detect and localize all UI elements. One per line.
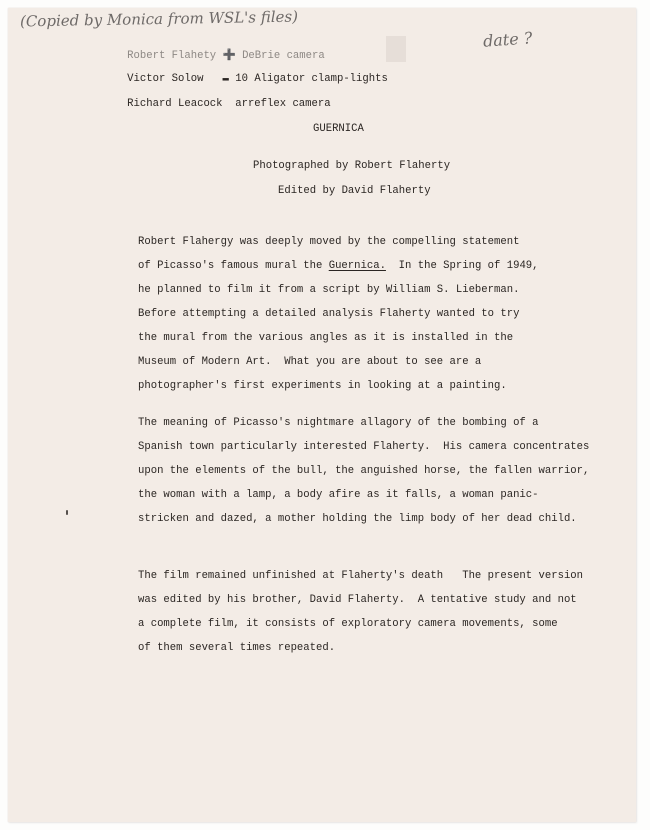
paragraph-line: he planned to film it from a script by W…: [138, 278, 539, 302]
byline-photographed: Photographed by Robert Flaherty: [253, 160, 450, 172]
paragraph-line: Robert Flahergy was deeply moved by the …: [138, 230, 539, 254]
credit-role: ▬ 10 Aligator clamp-lights: [223, 73, 388, 85]
paragraph-line: The meaning of Picasso's nightmare allag…: [138, 411, 589, 435]
paragraph-line: the woman with a lamp, a body afire as i…: [138, 483, 589, 507]
paragraph-meaning: The meaning of Picasso's nightmare allag…: [138, 411, 589, 531]
line-text: the mural from the various angles as it …: [138, 332, 513, 344]
line-text: The meaning of Picasso's nightmare allag…: [138, 417, 539, 429]
paragraph-line: Spanish town particularly interested Fla…: [138, 435, 589, 459]
paragraph-intro: Robert Flahergy was deeply moved by the …: [138, 230, 539, 398]
line-text: The film remained unfinished at Flaherty…: [138, 570, 583, 582]
line-text: In the Spring of 1949,: [386, 260, 539, 272]
credit-line: Richard Leacock arreflex camera: [89, 86, 331, 122]
credit-name: Victor Solow: [127, 73, 203, 85]
line-text: was edited by his brother, David Flahert…: [138, 594, 577, 606]
line-text: a complete film, it consists of explorat…: [138, 618, 558, 630]
paragraph-line: Before attempting a detailed analysis Fl…: [138, 302, 539, 326]
paragraph-line: was edited by his brother, David Flahert…: [138, 588, 583, 612]
line-text: of Picasso's famous mural the: [138, 260, 329, 272]
paragraph-unfinished: The film remained unfinished at Flaherty…: [138, 564, 583, 660]
line-text: he planned to film it from a script by W…: [138, 284, 519, 296]
paragraph-line: photographer's first experiments in look…: [138, 374, 539, 398]
credit-name: Richard Leacock: [127, 98, 222, 110]
line-text: photographer's first experiments in look…: [138, 380, 507, 392]
document-page: (Copied by Monica from WSL's files) date…: [8, 8, 636, 822]
line-text: stricken and dazed, a mother holding the…: [138, 513, 577, 525]
line-text: Robert Flahergy was deeply moved by the …: [138, 236, 519, 248]
byline-edited: Edited by David Flaherty: [278, 185, 431, 197]
line-text: upon the elements of the bull, the angui…: [138, 465, 589, 477]
paragraph-line: a complete film, it consists of explorat…: [138, 612, 583, 636]
line-text: Museum of Modern Art. What you are about…: [138, 356, 481, 368]
credit-role: arreflex camera: [235, 98, 330, 110]
handwritten-note-copied: (Copied by Monica from WSL's files): [20, 8, 298, 31]
line-text: Spanish town particularly interested Fla…: [138, 441, 589, 453]
paragraph-line: upon the elements of the bull, the angui…: [138, 459, 589, 483]
underlined-title: Guernica.: [329, 260, 386, 272]
paragraph-line: stricken and dazed, a mother holding the…: [138, 507, 589, 531]
paragraph-line: of Picasso's famous mural the Guernica. …: [138, 254, 539, 278]
paragraph-line: the mural from the various angles as it …: [138, 326, 539, 350]
line-text: of them several times repeated.: [138, 642, 335, 654]
paragraph-line: The film remained unfinished at Flaherty…: [138, 564, 583, 588]
line-text: the woman with a lamp, a body afire as i…: [138, 489, 539, 501]
bleed-through-smudge: [386, 36, 406, 62]
line-text: Before attempting a detailed analysis Fl…: [138, 308, 519, 320]
paragraph-line: Museum of Modern Art. What you are about…: [138, 350, 539, 374]
ink-speck: [66, 510, 68, 515]
paragraph-line: of them several times repeated.: [138, 636, 583, 660]
document-title: GUERNICA: [313, 123, 364, 135]
handwritten-note-date: date ?: [482, 28, 533, 50]
